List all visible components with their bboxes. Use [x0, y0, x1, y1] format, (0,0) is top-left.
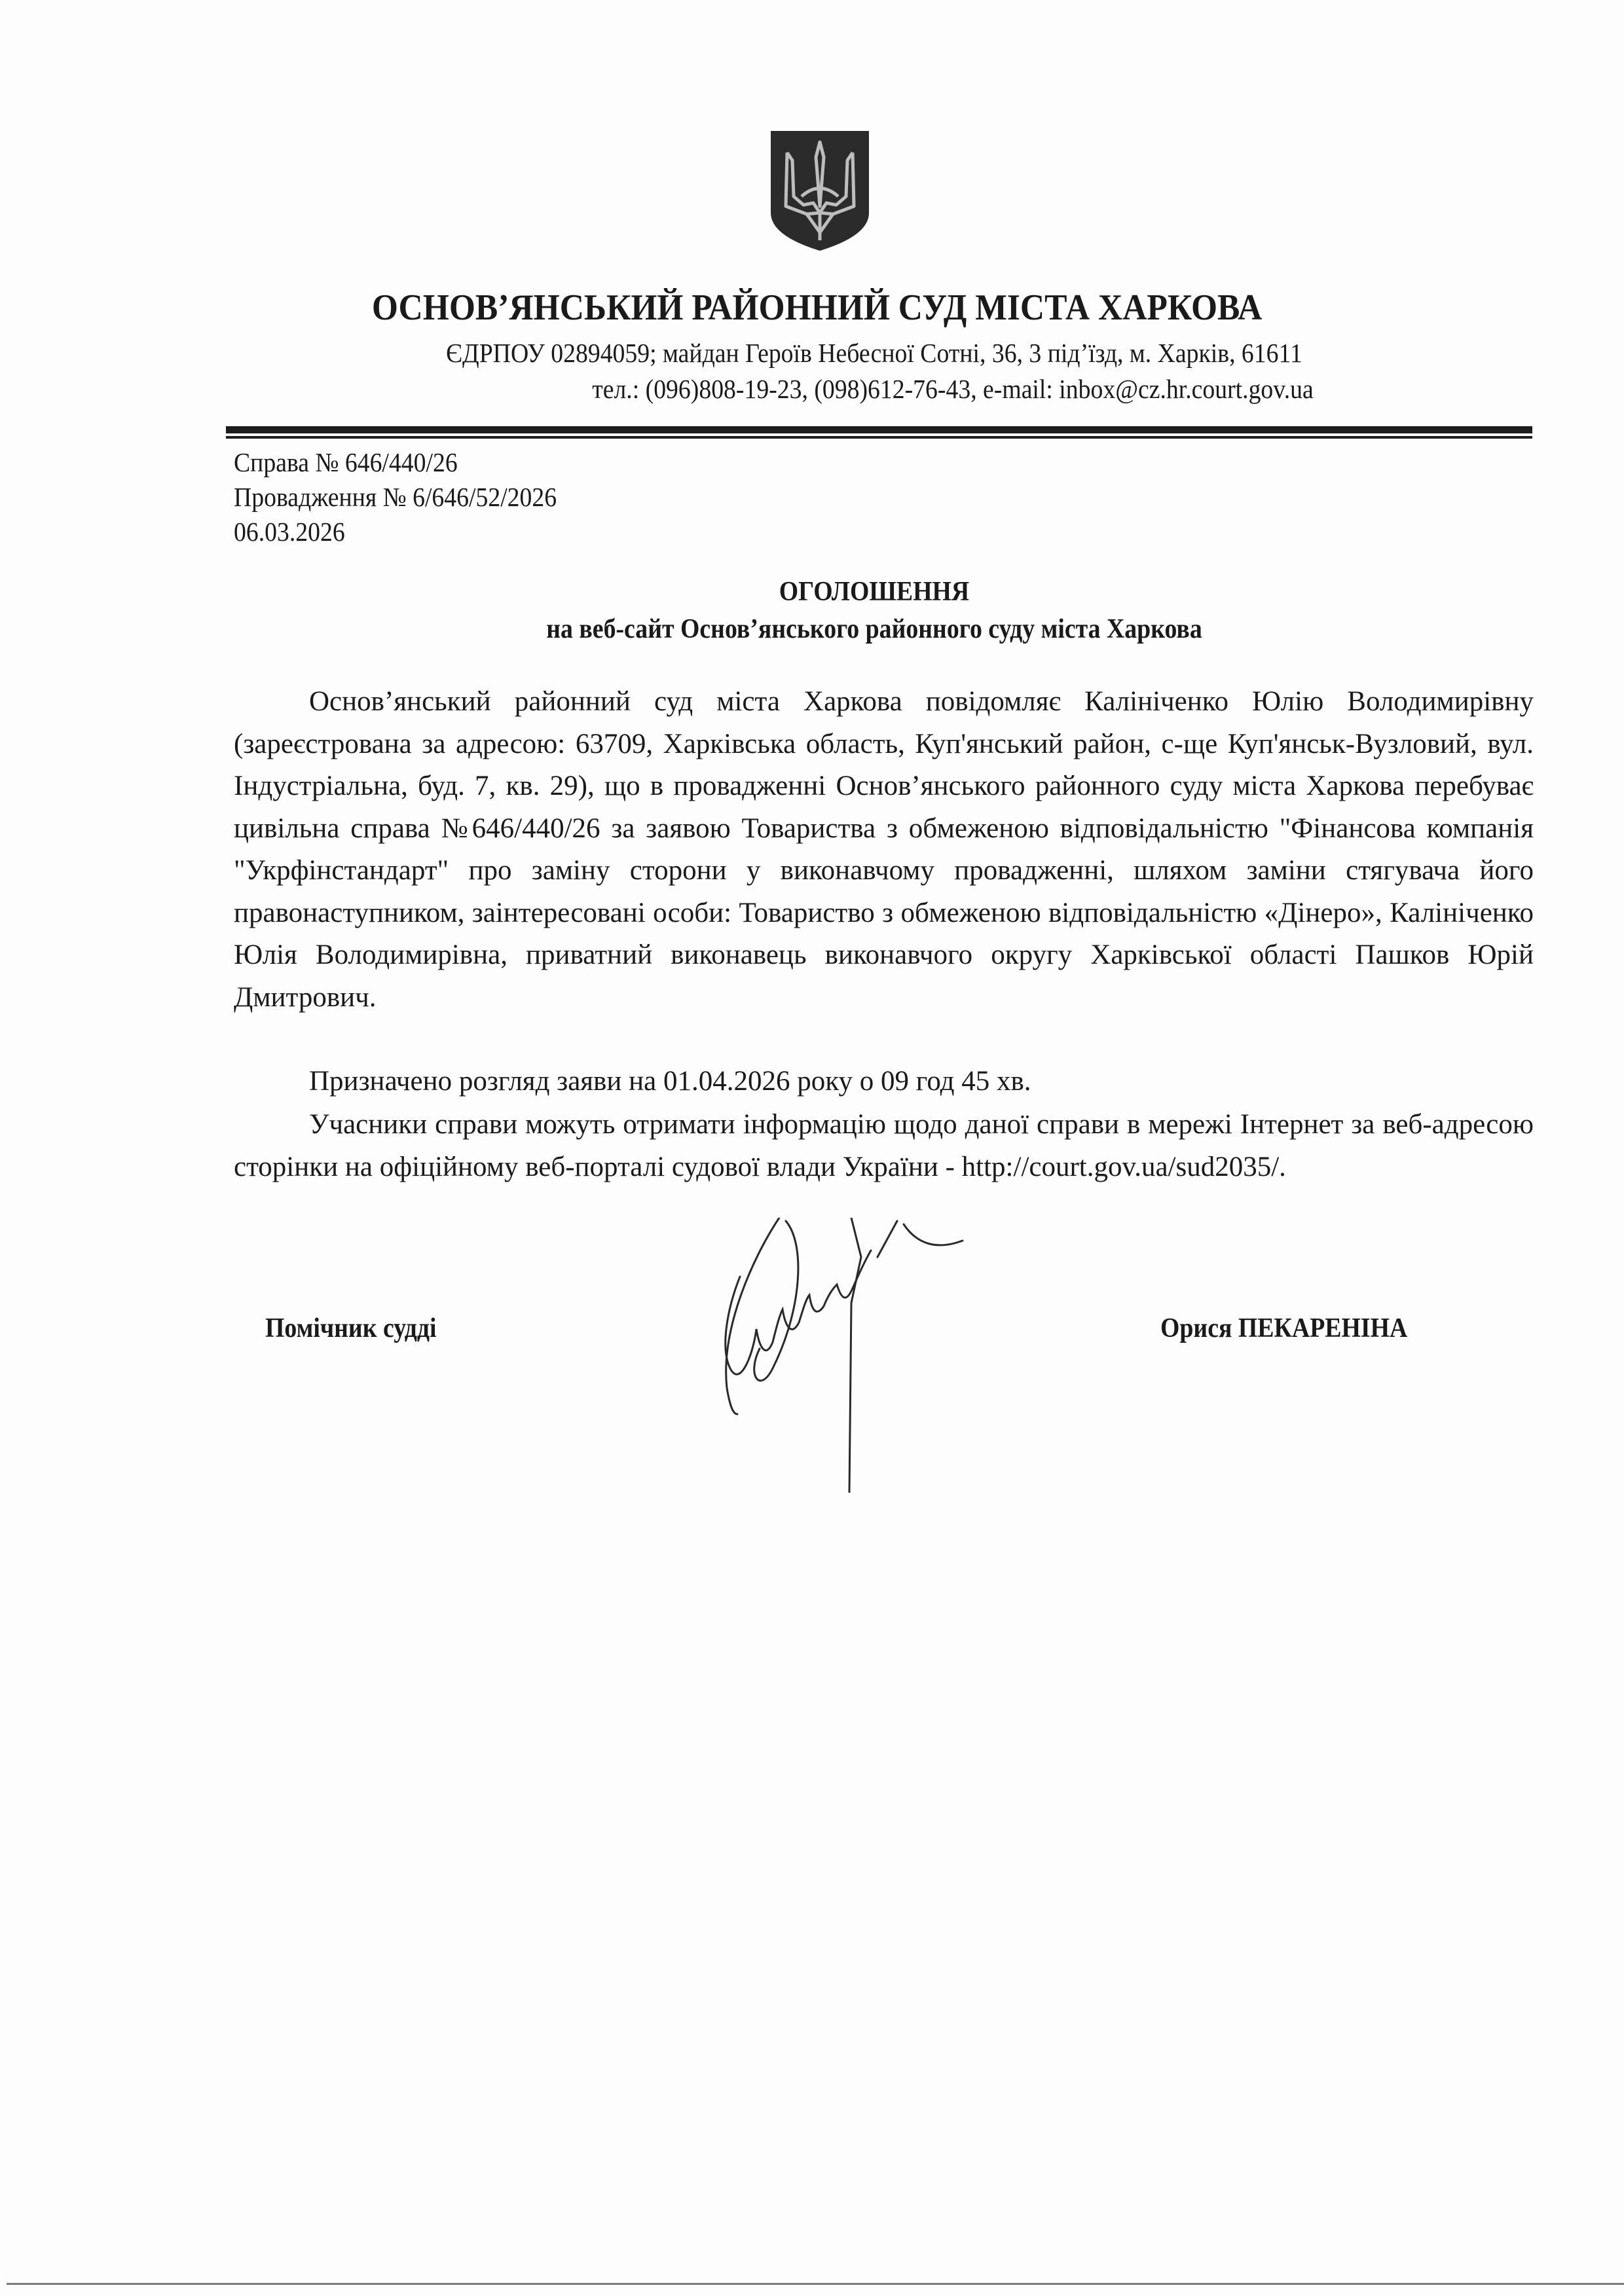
handwritten-signature-icon [655, 1218, 1113, 1493]
notice-title: ОГОЛОШЕННЯ [88, 576, 1624, 608]
signatory-role: Помічник судді [265, 1313, 436, 1344]
notice-paragraph-hearing: Призначено розгляд заяви на 01.04.2026 р… [234, 1061, 1534, 1102]
signatory-name: Орися ПЕКАРЕНІНА [1160, 1313, 1407, 1344]
case-number: Справа № 646/440/26 [234, 445, 458, 479]
document-date: 06.03.2026 [234, 515, 345, 549]
proceeding-number: Провадження № 6/646/52/2026 [234, 480, 557, 514]
notice-paragraph-info: Учасники справи можуть отримати інформац… [234, 1104, 1534, 1188]
court-name: ОСНОВ’ЯНСЬКИЙ РАЙОННИЙ СУД МІСТА ХАРКОВА [70, 287, 1564, 329]
coat-of-arms-icon [767, 128, 872, 252]
notice-subtitle: на веб-сайт Основ’янського районного суд… [88, 613, 1624, 645]
court-address: ЄДРПОУ 02894059; майдан Героїв Небесної … [178, 337, 1570, 369]
header-divider-thin [226, 436, 1532, 439]
page-bottom-edge [7, 2283, 1624, 2285]
notice-paragraph-main: Основ’янський районний суд міста Харкова… [234, 681, 1534, 1019]
header-divider-thick [226, 426, 1532, 433]
court-contacts: тел.: (096)808-19-23, (098)612-76-43, e-… [317, 373, 1588, 405]
document-page: ОСНОВ’ЯНСЬКИЙ РАЙОННИЙ СУД МІСТА ХАРКОВА… [0, 0, 1624, 2296]
